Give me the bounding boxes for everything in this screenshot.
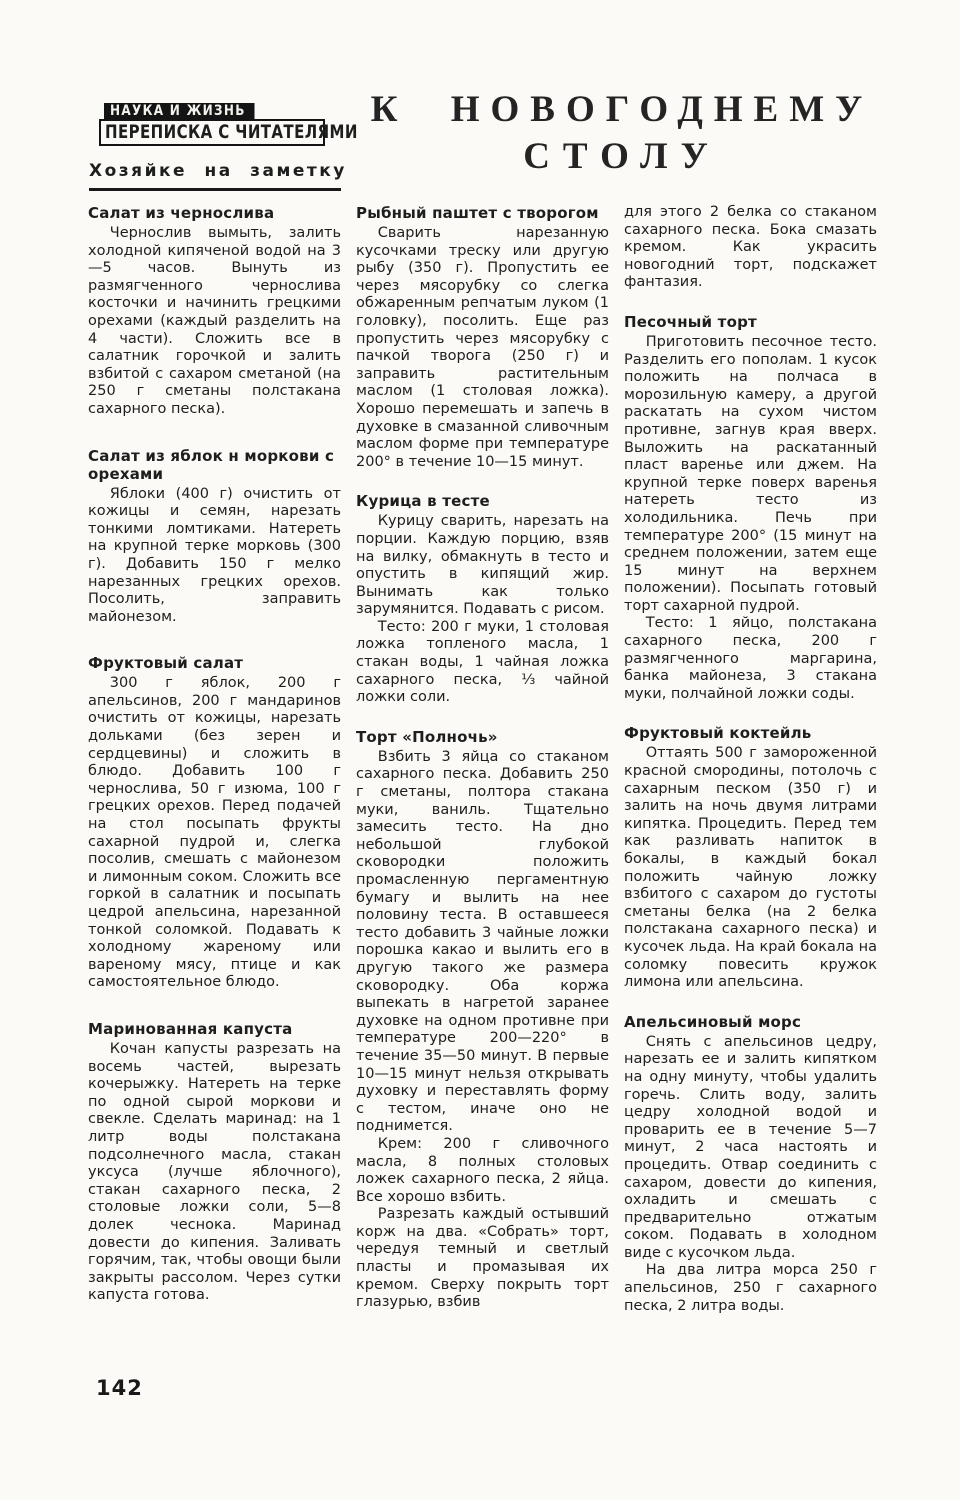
recipe-paragraph: Разрезать каждый остывший корж на два. «… xyxy=(356,1206,609,1312)
page-title: К НОВОГОДНЕМУ СТОЛУ xyxy=(352,90,892,177)
text-column: для этого 2 белка со стаканом сахарного … xyxy=(624,204,877,1315)
magazine-brand-label: НАУКА И ЖИЗНЬ xyxy=(104,103,254,120)
recipe-paragraph: Снять с апельсинов цедру, нарезать ее и … xyxy=(624,1034,877,1263)
recipe-paragraph: Взбить 3 яйца со стаканом сахарного песк… xyxy=(356,749,609,1136)
recipe-heading: Апельсиновый морс xyxy=(624,1013,877,1031)
recipe-paragraph: Яблоки (400 г) очистить от кожицы и семя… xyxy=(88,486,341,627)
recipe-paragraph: Оттаять 500 г замороженной красной сморо… xyxy=(624,745,877,991)
recipe-heading: Курица в тесте xyxy=(356,492,609,510)
page-title-line2: СТОЛУ xyxy=(352,137,892,177)
recipe-heading: Фруктовый коктейль xyxy=(624,724,877,742)
page-title-line1: К НОВОГОДНЕМУ xyxy=(352,90,892,130)
recipe-paragraph: Курицу сварить, нарезать на порции. Кажд… xyxy=(356,513,609,619)
recipe-paragraph: Крем: 200 г сливочного масла, 8 полных с… xyxy=(356,1136,609,1206)
recipe-paragraph: Тесто: 200 г муки, 1 столовая ложка топл… xyxy=(356,619,609,707)
recipe-paragraph: Кочан капусты разрезать на восемь частей… xyxy=(88,1041,341,1305)
recipe-heading: Салат из яблок н моркови с орехами xyxy=(88,447,341,483)
recipe-paragraph: Чернослив вымыть, залить холодной кипяче… xyxy=(88,225,341,419)
recipe-paragraph: 300 г яблок, 200 г апельсинов, 200 г ман… xyxy=(88,675,341,992)
text-column: Рыбный паштет с творогомСварить нарезанн… xyxy=(356,204,609,1315)
rubric-label: Хозяйке на заметку xyxy=(89,161,341,191)
masthead-section-label: ПЕРЕПИСКА С ЧИТАТЕЛЯМИ xyxy=(105,122,358,142)
recipe-heading: Салат из чернослива xyxy=(88,204,341,222)
recipe-paragraph: для этого 2 белка со стаканом сахарного … xyxy=(624,204,877,292)
recipe-columns: Салат из черносливаЧернослив вымыть, зал… xyxy=(88,204,888,1315)
recipe-heading: Торт «Полночь» xyxy=(356,728,609,746)
recipe-heading: Песочный торт xyxy=(624,313,877,331)
recipe-paragraph: Тесто: 1 яйцо, полстакана сахарного песк… xyxy=(624,615,877,703)
text-column: Салат из черносливаЧернослив вымыть, зал… xyxy=(88,204,341,1315)
recipe-heading: Рыбный паштет с творогом xyxy=(356,204,609,222)
masthead: НАУКА И ЖИЗНЬ ПЕРЕПИСКА С ЧИТАТЕЛЯМИ xyxy=(99,100,325,146)
recipe-paragraph: На два литра морса 250 г апельсинов, 250… xyxy=(624,1262,877,1315)
masthead-section-box: ПЕРЕПИСКА С ЧИТАТЕЛЯМИ xyxy=(99,119,325,146)
recipe-heading: Фруктовый салат xyxy=(88,654,341,672)
magazine-page: НАУКА И ЖИЗНЬ ПЕРЕПИСКА С ЧИТАТЕЛЯМИ Хоз… xyxy=(0,0,960,1500)
recipe-paragraph: Приготовить песочное тесто. Разделить ег… xyxy=(624,334,877,616)
recipe-heading: Маринованная капуста xyxy=(88,1020,341,1038)
recipe-paragraph: Сварить нарезанную кусочками треску или … xyxy=(356,225,609,471)
page-number: 142 xyxy=(96,1376,143,1400)
